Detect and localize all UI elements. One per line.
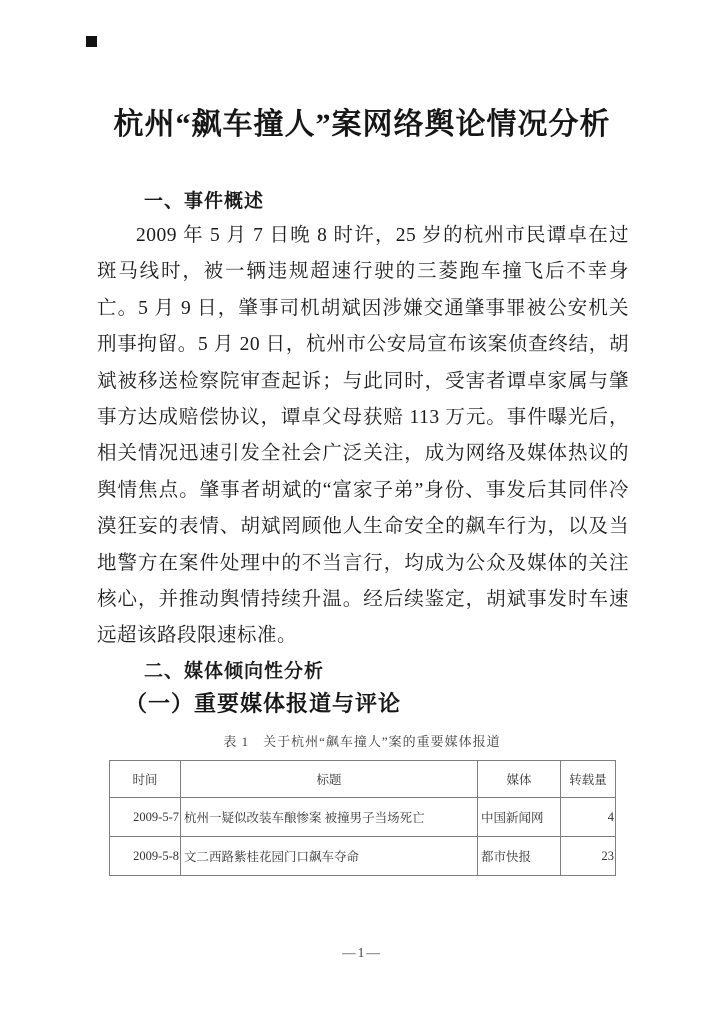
cell-date: 2009-5-7 xyxy=(110,798,181,837)
table-caption: 表 1 关于杭州“飙车撞人”案的重要媒体报道 xyxy=(0,731,724,750)
subsection-heading-key-media-reports: （一）重要媒体报道与评论 xyxy=(125,687,401,718)
table-row: 2009-5-8 文二西路紫桂花园门口飙车夺命 都市快报 23 xyxy=(110,837,616,876)
cell-title: 文二西路紫桂花园门口飙车夺命 xyxy=(181,837,478,876)
cell-title: 杭州一疑似改装车酿惨案 被撞男子当场死亡 xyxy=(181,798,478,837)
section-heading-media-tendency: 二、媒体倾向性分析 xyxy=(144,656,324,683)
col-header-date: 时间 xyxy=(110,761,181,798)
black-square-artifact xyxy=(86,36,97,47)
col-header-media: 媒体 xyxy=(478,761,561,798)
col-header-title: 标题 xyxy=(181,761,478,798)
page-number: —1— xyxy=(0,945,724,961)
table-header-row: 时间 标题 媒体 转载量 xyxy=(110,761,616,798)
cell-reposts: 4 xyxy=(561,798,616,837)
cell-reposts: 23 xyxy=(561,837,616,876)
page-title: 杭州“飙车撞人”案网络舆论情况分析 xyxy=(0,99,724,143)
cell-date: 2009-5-8 xyxy=(110,837,181,876)
section-heading-event-overview: 一、事件概述 xyxy=(144,186,264,213)
cell-media: 中国新闻网 xyxy=(478,798,561,837)
table-row: 2009-5-7 杭州一疑似改装车酿惨案 被撞男子当场死亡 中国新闻网 4 xyxy=(110,798,616,837)
media-reports-table: 时间 标题 媒体 转载量 2009-5-7 杭州一疑似改装车酿惨案 被撞男子当场… xyxy=(109,760,615,876)
event-overview-paragraph: 2009 年 5 月 7 日晚 8 时许，25 岁的杭州市民谭卓在过斑马线时，被… xyxy=(97,218,629,655)
cell-media: 都市快报 xyxy=(478,837,561,876)
document-page: 杭州“飙车撞人”案网络舆论情况分析 一、事件概述 2009 年 5 月 7 日晚… xyxy=(0,0,724,1024)
col-header-reposts: 转载量 xyxy=(561,761,616,798)
